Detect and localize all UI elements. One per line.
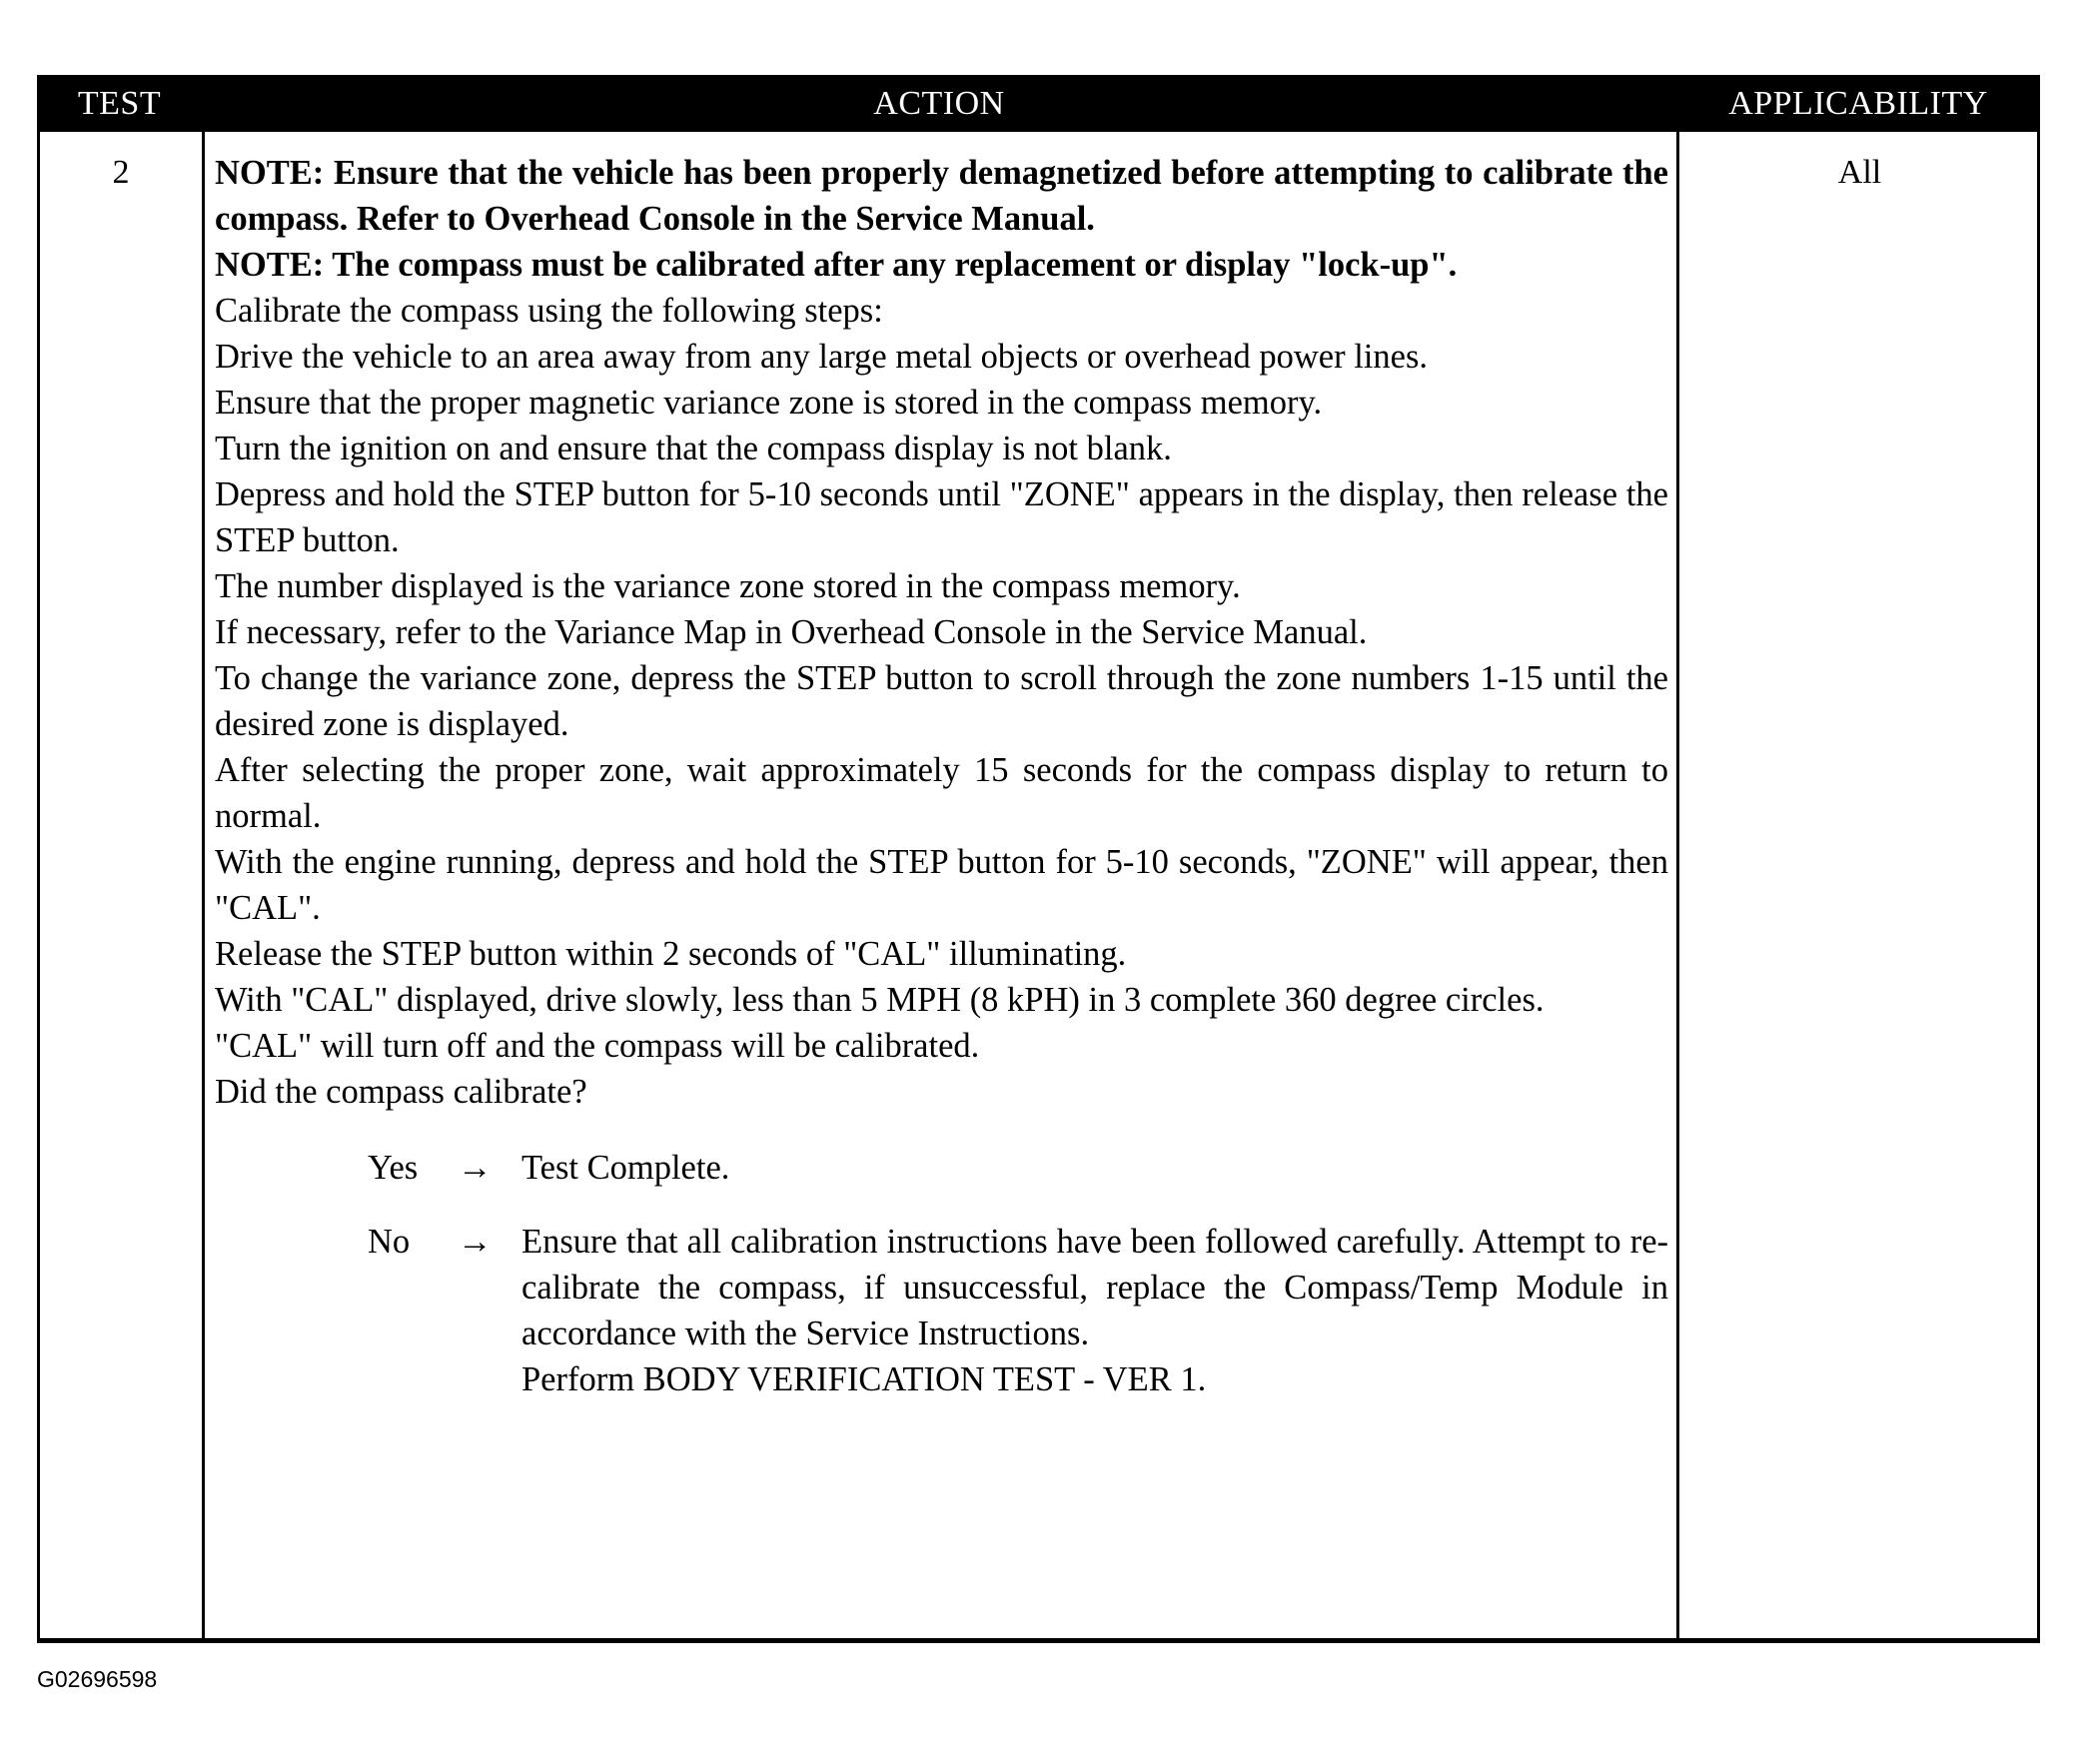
column-divider — [1676, 132, 1679, 1638]
step-engine-running: With the engine running, depress and hol… — [215, 839, 1668, 931]
column-divider — [202, 132, 205, 1638]
right-arrow-icon: → — [458, 1145, 521, 1191]
branch-label-no: No — [368, 1219, 458, 1265]
branch-no: No → Ensure that all calibration instruc… — [215, 1219, 1668, 1402]
note-calibrate-after-replacement: NOTE: The compass must be calibrated aft… — [215, 242, 1668, 288]
diagnostic-test-table: TEST ACTION APPLICABILITY 2 NOTE: Ensure… — [37, 75, 2040, 1643]
result-recalibrate: Ensure that all calibration instructions… — [521, 1219, 1668, 1356]
header-test: TEST — [37, 75, 202, 132]
note-demagnetize: NOTE: Ensure that the vehicle has been p… — [215, 150, 1668, 242]
step-number-displayed: The number displayed is the variance zon… — [215, 563, 1668, 609]
step-hold-step-button: Depress and hold the STEP button for 5-1… — [215, 471, 1668, 563]
step-drive-away: Drive the vehicle to an area away from a… — [215, 334, 1668, 380]
test-number: 2 — [113, 154, 130, 191]
header-action: ACTION — [202, 75, 1676, 132]
action-cell: NOTE: Ensure that the vehicle has been p… — [215, 132, 1668, 1430]
branch-result-no: Ensure that all calibration instructions… — [521, 1219, 1668, 1402]
branch-label-yes: Yes — [368, 1145, 458, 1191]
step-intro: Calibrate the compass using the followin… — [215, 288, 1668, 334]
decision-branches: Yes → Test Complete. No → Ensure that al… — [215, 1145, 1668, 1402]
branch-result-yes: Test Complete. — [521, 1145, 1668, 1191]
applicability-value: All — [1838, 154, 1881, 191]
step-ignition-on: Turn the ignition on and ensure that the… — [215, 426, 1668, 471]
header-applicability: APPLICABILITY — [1676, 75, 2040, 132]
applicability-cell: All — [1679, 132, 2040, 196]
step-release-step: Release the STEP button within 2 seconds… — [215, 931, 1668, 977]
branch-yes: Yes → Test Complete. — [215, 1145, 1668, 1191]
step-change-zone: To change the variance zone, depress the… — [215, 655, 1668, 747]
question: Did the compass calibrate? — [215, 1069, 1668, 1115]
step-variance-zone: Ensure that the proper magnetic variance… — [215, 380, 1668, 426]
step-variance-map: If necessary, refer to the Variance Map … — [215, 609, 1668, 655]
right-arrow-icon: → — [458, 1219, 521, 1265]
step-cal-off: "CAL" will turn off and the compass will… — [215, 1023, 1668, 1069]
result-test-complete: Test Complete. — [521, 1145, 1668, 1191]
figure-id: G02696598 — [37, 1666, 157, 1692]
test-number-cell: 2 — [40, 132, 202, 196]
result-perform-verification: Perform BODY VERIFICATION TEST - VER 1. — [521, 1356, 1668, 1402]
step-drive-circles: With "CAL" displayed, drive slowly, less… — [215, 977, 1668, 1023]
table-header-row: TEST ACTION APPLICABILITY — [37, 75, 2040, 132]
step-wait: After selecting the proper zone, wait ap… — [215, 747, 1668, 839]
